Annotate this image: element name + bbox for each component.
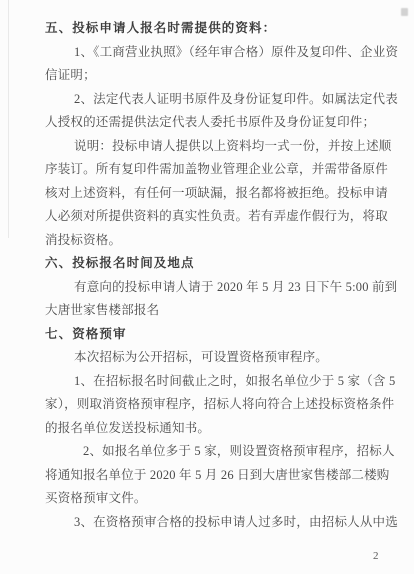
page-number: 2 (373, 549, 379, 563)
doc-line: 1、《工商营业执照》（经年审合格）原件及复印件、企业资 (45, 41, 385, 65)
doc-line: 3、在资格预审合格的投标申请人过多时，由招标人从中选 (45, 511, 385, 535)
scan-smudge-artifact (401, 8, 408, 16)
doc-line: 本次招标为公开招标，可设置资格预审程序。 (45, 346, 385, 370)
doc-line: 买资格预审文件。 (45, 487, 385, 511)
doc-line: 大唐世家售楼部报名 (45, 299, 385, 323)
doc-line: 1、在招标报名时间截止之时，如报名单位少于 5 家（含 5 (45, 370, 385, 394)
doc-line: 2、如报名单位多于 5 家，则设置资格预审程序，招标人 (45, 440, 385, 464)
doc-line: 核对上述资料，有任何一项缺漏，报名都将被拒绝。投标申请 (45, 182, 385, 206)
document-text-column: 五、投标申请人报名时需提供的资料： 1、《工商营业执照》（经年审合格）原件及复印… (45, 17, 385, 534)
doc-line: 信证明； (45, 64, 385, 88)
section-6-heading: 六、投标报名时间及地点 (45, 252, 385, 276)
doc-line: 人必须对所提供资料的真实性负责。若有弄虚作假行为，将取 (45, 205, 385, 229)
section-7-heading: 七、资格预审 (45, 323, 385, 347)
doc-line: 说明：投标申请人提供以上资料均一式一份，并按上述顺 (45, 135, 385, 159)
doc-line: 的报名单位发送投标通知书。 (45, 417, 385, 441)
doc-line: 人授权的还需提供法定代表人委托书原件及身份证复印件； (45, 111, 385, 135)
doc-line: 有意向的投标申请人请于 2020 年 5 月 23 日下午 5:00 前到 (45, 276, 385, 300)
doc-line: 2、法定代表人证明书原件及身份证复印件。如属法定代表 (45, 88, 385, 112)
doc-line: 将通知报名单位于 2020 年 5 月 26 日到大唐世家售楼部二楼购 (45, 464, 385, 488)
scan-edge-artifact (8, 0, 9, 238)
doc-line: 序装订。所有复印件需加盖物业管理企业公章，并需带备原件 (45, 158, 385, 182)
section-5-heading: 五、投标申请人报名时需提供的资料： (45, 17, 385, 41)
doc-line: 家），则取消资格预审程序，招标人将向符合上述投标资格条件 (45, 393, 385, 417)
doc-line: 消投标资格。 (45, 229, 385, 253)
scanned-document-page: 五、投标申请人报名时需提供的资料： 1、《工商营业执照》（经年审合格）原件及复印… (0, 0, 414, 574)
